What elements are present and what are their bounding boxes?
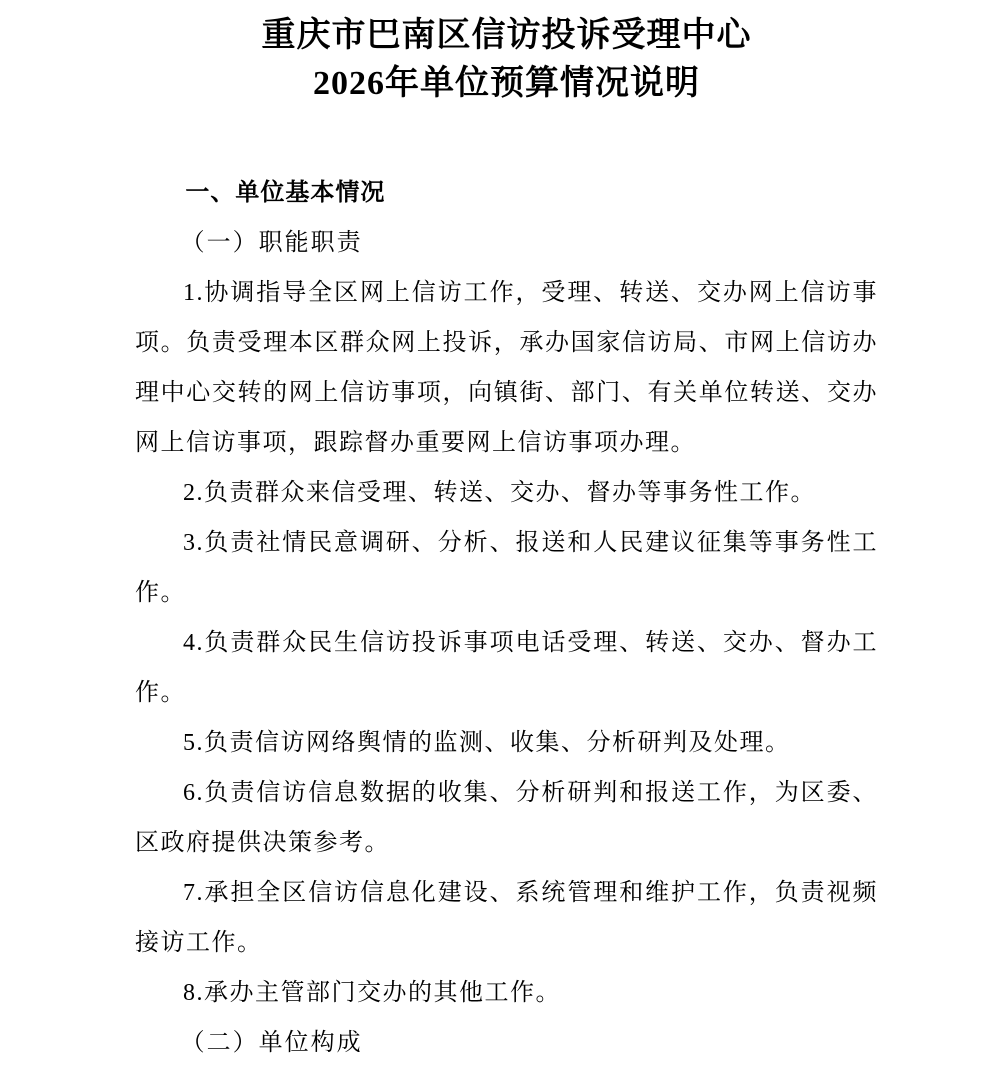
duty-paragraph-3: 3.负责社情民意调研、分析、报送和人民建议征集等事务性工作。 [135, 518, 878, 618]
duty-paragraph-5: 5.负责信访网络舆情的监测、收集、分析研判及处理。 [135, 718, 878, 768]
document-title: 重庆市巴南区信访投诉受理中心 2026年单位预算情况说明 [135, 12, 878, 108]
document-title-line2: 2026年单位预算情况说明 [313, 65, 700, 102]
duty-paragraph-6: 6.负责信访信息数据的收集、分析研判和报送工作，为区委、区政府提供决策参考。 [135, 768, 878, 868]
subsection-heading-composition: （二）单位构成 [135, 1018, 878, 1068]
document-title-line1: 重庆市巴南区信访投诉受理中心 [262, 17, 752, 54]
duty-paragraph-4: 4.负责群众民生信访投诉事项电话受理、转送、交办、督办工作。 [135, 618, 878, 718]
document-page: 重庆市巴南区信访投诉受理中心 2026年单位预算情况说明 一、单位基本情况 （一… [0, 0, 1000, 1069]
section-heading-basic-info: 一、单位基本情况 [135, 168, 878, 218]
duty-paragraph-7: 7.承担全区信访信息化建设、系统管理和维护工作，负责视频接访工作。 [135, 868, 878, 968]
duty-paragraph-2: 2.负责群众来信受理、转送、交办、督办等事务性工作。 [135, 468, 878, 518]
duty-paragraph-8: 8.承办主管部门交办的其他工作。 [135, 968, 878, 1018]
subsection-heading-duties: （一）职能职责 [135, 218, 878, 268]
duty-paragraph-1: 1.协调指导全区网上信访工作，受理、转送、交办网上信访事项。负责受理本区群众网上… [135, 268, 878, 468]
